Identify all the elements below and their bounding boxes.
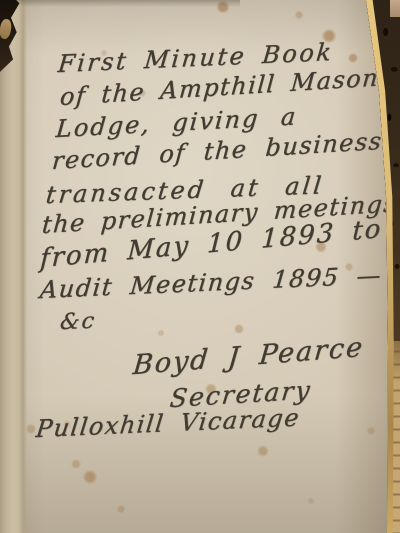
inscription-line: from May 10 1893 to: [39, 214, 383, 274]
cover-wear-patch: [0, 18, 12, 39]
inscription-line: Lodge, giving a: [55, 102, 299, 143]
inscription-line: Audit Meetings 1895 —: [39, 261, 384, 304]
signature-address: Pulloxhill Vicarage: [34, 403, 301, 443]
inscription-line: &c: [59, 309, 98, 335]
book-flyleaf-photo: First Minute Book of the Ampthill Masoni…: [0, 0, 400, 533]
inscription-line: record of the business: [51, 127, 384, 175]
facing-page-edge: [0, 0, 27, 533]
cover-corner-patch: [390, 0, 400, 17]
top-edge-shadow: [0, 0, 240, 7]
inscription-line: of the Ampthill Masonic: [59, 62, 400, 111]
page-gilt-edge: [352, 0, 400, 533]
signature-name: Boyd J Pearce: [131, 332, 365, 382]
book-cover-edge: [352, 0, 400, 533]
signature-title: Secretary: [168, 375, 313, 413]
inscription-line: First Minute Book: [57, 38, 335, 78]
page-lighting: [0, 0, 400, 533]
inscription-line: transacted at all: [45, 171, 326, 209]
inscription-line: the preliminary meetings: [41, 189, 398, 239]
foxing-spots: [0, 0, 400, 533]
